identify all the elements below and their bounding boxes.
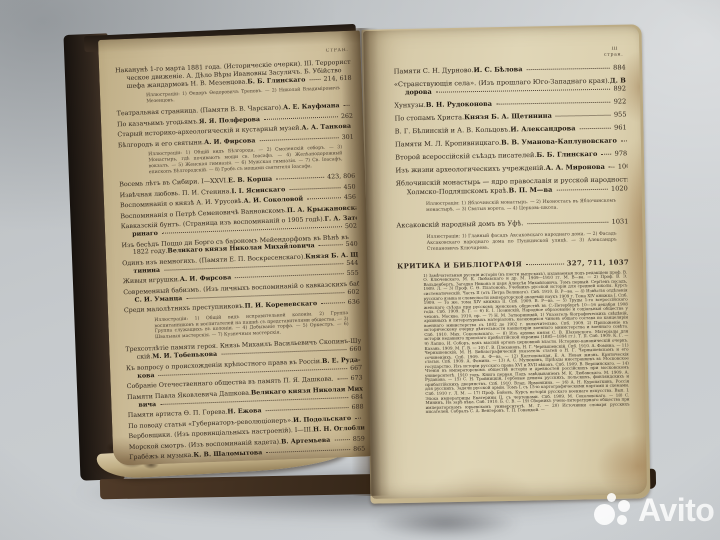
entry-author: И. Александрова <box>510 125 575 135</box>
entry-author: Д. В. Ѳе- <box>610 76 633 85</box>
dot-leader <box>556 189 608 191</box>
toc-entry: Хунхузы. В. Н. Рудоконова922 <box>394 98 626 110</box>
toc-line: В. Г. Бѣлинскій и А. В. Кольцовъ. И. Але… <box>395 124 627 136</box>
page-number: 972 <box>630 137 633 146</box>
entry-title: Холмско-Подляшскомъ краѣ. <box>407 186 509 196</box>
entry-author: А. А. Танкова <box>301 123 351 133</box>
page-number: 502 <box>345 223 357 231</box>
entry-author: А. И. Фирсова <box>204 137 256 147</box>
dot-leader <box>355 417 361 418</box>
entry-author: В. Артемьева <box>281 436 331 446</box>
entry-author: Я. Я. Полферова <box>199 116 260 126</box>
page-number: 1020 <box>611 184 628 193</box>
page-number: 892 <box>613 85 626 94</box>
page-number: 1031 <box>612 218 629 227</box>
entry-author: кова <box>137 372 154 381</box>
entry-author: В. Н. Рудоконова <box>426 100 492 110</box>
dot-leader <box>266 407 349 411</box>
toc-entry: «Странствующія села». (Изъ прошлаго Юго-… <box>394 76 626 97</box>
logo-circle-large <box>594 504 615 525</box>
toc-entry: Памяти М. Л. Кропивницкаго. В. В. Уманов… <box>395 137 627 149</box>
left-page-text: СТРАН. Наканунѣ 1-го марта 1881 года. (И… <box>115 48 366 461</box>
dot-leader <box>307 197 341 199</box>
page-number: 540 <box>346 241 358 249</box>
dot-leader <box>343 105 349 106</box>
toc-line: Памяти С. Н. Дурново. И. С. Бѣлова884 <box>394 63 626 75</box>
toc-entry: Изъ жизни археологическихъ учрежденій. А… <box>395 163 627 175</box>
logo-circle-small <box>607 493 616 502</box>
entry-author: П. А. Крыжановскаго <box>287 204 365 215</box>
entry-author: К. В. Шаломытова <box>193 449 262 459</box>
illustrations-note: Иллюстраціи: 1) Главный фасадъ Аксаковск… <box>397 231 629 255</box>
page-number: 301 <box>342 134 354 142</box>
entry-author: В. В. Уманова-Каплуновскаго <box>501 137 617 147</box>
page-number: 859 <box>353 435 365 443</box>
entry-author: А. И. Фирсова <box>180 275 232 285</box>
book-photo: СТРАН. Наканунѣ 1-го марта 1881 года. (И… <box>0 0 720 540</box>
right-page-text: ІІІ стран. Памяти С. Н. Дурново. И. С. Б… <box>393 46 633 494</box>
page-number: 955 <box>614 111 627 120</box>
avito-watermark: Avito <box>594 490 714 530</box>
entry-author: А. Е. Кауфмана <box>283 103 340 113</box>
dot-leader <box>621 141 627 142</box>
page-number: 688 <box>351 404 363 412</box>
entry-title: Живыя игрушки. <box>123 276 180 286</box>
entry-title: скій. <box>137 354 153 362</box>
left-toc-list: Наканунѣ 1-го марта 1881 года. (Историче… <box>115 59 365 461</box>
toc-line: Памяти М. Л. Кропивницкаго. В. В. Уманов… <box>395 137 627 149</box>
dot-leader <box>321 302 345 304</box>
criticism-section-pages: 327, 711, 1037 <box>567 258 629 267</box>
book-shadow-small <box>370 508 520 538</box>
toc-line: Хунхузы. В. Н. Рудоконова922 <box>394 98 626 110</box>
toc-entry: В. Г. Бѣлинскій и А. В. Кольцовъ. И. Але… <box>395 124 627 136</box>
entry-title: Хунхузы. <box>394 101 426 110</box>
dot-leader <box>259 137 338 141</box>
entry-author: І. І. Ясинскаго <box>231 186 285 196</box>
entry-title: Памяти С. Н. Дурново. <box>394 66 474 76</box>
entry-author: ринаго <box>132 230 158 239</box>
logo-circle-low <box>617 515 627 525</box>
toc-line: Второй всероссійскій съѣздъ писателей. Б… <box>395 150 627 162</box>
dot-leader <box>526 263 564 265</box>
entry-author: Е. В. Корша <box>228 176 272 186</box>
page-number: 450 <box>343 183 355 191</box>
page-number: 884 <box>613 63 626 72</box>
entry-title: 1822 году. <box>133 248 168 257</box>
bibliography-text: 1) Замѣчательныя русскія исторіи (въ шес… <box>397 270 631 415</box>
dot-leader <box>264 116 338 120</box>
page-number: 423, 806 <box>327 173 355 182</box>
dot-leader <box>436 89 611 93</box>
entry-author: Князя Б. А. Щетинина <box>464 112 552 122</box>
entry-author: Н. Н. Оглоблина <box>313 424 365 434</box>
entry-author: вича <box>138 401 156 410</box>
entry-author: И. С. Бѣлова <box>474 65 523 74</box>
dot-leader <box>528 222 609 224</box>
page-number: 684 <box>351 393 363 401</box>
page-number: 660 <box>349 346 361 354</box>
dot-leader <box>556 115 611 117</box>
toc-line: Аксаковскій народный домъ въ Уфѣ. 1031 <box>396 218 628 230</box>
logo-circle-medium <box>618 500 630 512</box>
toc-entry: По стопамъ Христа. Князя Б. А. Щетинина9… <box>394 111 626 123</box>
toc-entry: Яблочинскій монастырь — ядро православія… <box>396 176 628 197</box>
entry-author: Б. Б. Глинскаго <box>247 76 305 86</box>
page-number: 691 <box>364 414 365 422</box>
dot-leader <box>319 245 343 247</box>
entry-author: И. Подольскаго <box>293 415 351 425</box>
left-page: СТРАН. Наканунѣ 1-го марта 1881 года. (И… <box>98 30 375 465</box>
criticism-section-row: КРИТИКА И БИБЛІОГРАФІЯ 327, 711, 1037 <box>397 258 629 270</box>
illustrations-note: Иллюстраціи: 1) Яблочинскій монастырь. —… <box>396 197 628 216</box>
dot-leader <box>276 177 324 180</box>
criticism-section-title: КРИТИКА И БИБЛІОГРАФІЯ <box>397 260 522 270</box>
dot-leader <box>496 102 611 105</box>
page-number: 602 <box>347 288 359 296</box>
right-toc-list: Памяти С. Н. Дурново. И. С. Бѣлова884«Ст… <box>394 63 629 255</box>
entry-title: Грабёжъ и музыка. <box>129 452 193 461</box>
entry-title: Памяти М. Л. Кропивницкаго. <box>395 139 501 149</box>
dot-leader <box>355 126 361 127</box>
entry-title: Второй всероссійскій съѣздъ писателей. <box>395 151 536 162</box>
page-number: 1009 <box>618 163 633 172</box>
toc-line: Изъ жизни археологическихъ учрежденій. А… <box>395 163 627 175</box>
avito-watermark-text: Avito <box>638 490 714 530</box>
dot-leader <box>526 68 610 70</box>
entry-author: П. И. Кореневскаго <box>245 300 318 311</box>
page-number: 456 <box>344 194 356 202</box>
entry-author: Н. Ежова <box>227 407 261 416</box>
dot-leader <box>334 439 349 441</box>
page-number: 544 <box>346 259 358 267</box>
entry-title: По стопамъ Христа. <box>394 114 464 124</box>
dot-leader <box>338 378 348 379</box>
page-number: 667 <box>350 364 362 372</box>
toc-entry: Аксаковскій народный домъ въ Уфѣ. 1031 <box>396 218 628 230</box>
dot-leader <box>601 154 611 155</box>
dot-leader <box>309 79 320 80</box>
entry-title: Бѣлгородъ и его святыни. <box>118 139 204 150</box>
dot-leader <box>289 187 340 190</box>
toc-entry: Памяти С. Н. Дурново. И. С. Бѣлова884 <box>394 63 626 75</box>
entry-author: В. П. М—ва <box>509 186 553 195</box>
page-number: 636 <box>348 299 360 307</box>
entry-title: Памяти артиста Ѳ. П. Горева. <box>128 409 228 421</box>
entry-author: дорова <box>405 88 432 97</box>
page-number: 865 <box>353 446 365 454</box>
entry-title: В. Г. Бѣлинскій и А. В. Кольцовъ. <box>395 126 511 136</box>
dot-leader <box>235 273 344 278</box>
page-number: 262 <box>341 113 353 121</box>
page-number: 673 <box>350 375 362 383</box>
entry-author: М. И. Тобенькова <box>152 351 217 361</box>
avito-logo-icon <box>594 490 632 530</box>
page-number: 978 <box>615 150 628 159</box>
entry-title: Аксаковскій народный домъ въ Уфѣ. <box>396 220 523 231</box>
page-number: 555 <box>347 270 359 278</box>
entry-author: А. И. Соколовой <box>243 196 303 206</box>
entry-author: А. А. Миронова <box>546 163 605 172</box>
entry-title: По казачьимъ угодьямъ. <box>117 118 199 129</box>
entry-title: Изъ жизни археологическихъ учрежденій. <box>395 164 545 175</box>
toc-entry: Второй всероссійскій съѣздъ писателей. Б… <box>395 150 627 162</box>
page-number: 214, 618 <box>323 75 351 84</box>
dot-leader <box>266 449 350 453</box>
entry-author: тинина <box>133 267 160 276</box>
right-page: ІІІ стран. Памяти С. Н. Дурново. И. С. Б… <box>363 26 647 499</box>
page-number: 961 <box>614 124 627 133</box>
dot-leader <box>609 167 615 168</box>
page-number: 922 <box>614 98 627 107</box>
entry-author: Б. Б. Глинскаго <box>536 150 597 159</box>
entry-author: С. И. Уманца <box>134 295 182 305</box>
toc-line: По стопамъ Христа. Князя Б. А. Щетинина9… <box>394 111 626 123</box>
dot-leader <box>580 128 612 130</box>
